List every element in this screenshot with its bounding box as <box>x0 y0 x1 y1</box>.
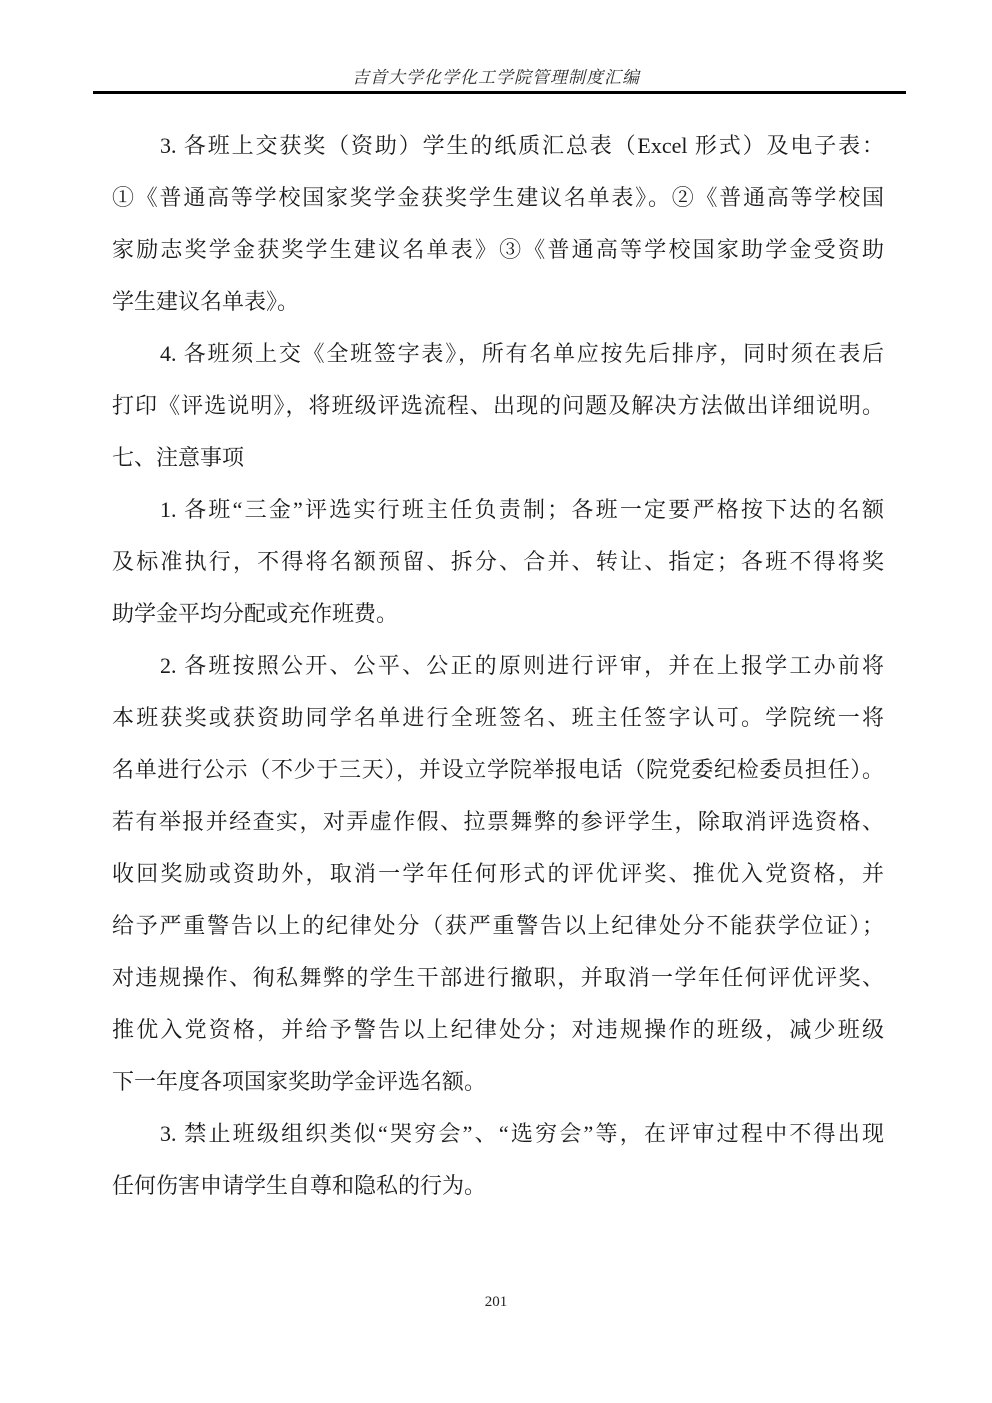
text-line: 打印《评选说明》，将班级评选流程、出现的问题及解决方法做出详细说明。 <box>112 380 884 432</box>
text-line: 助学金平均分配或充作班费。 <box>112 588 884 640</box>
text-line: 推优入党资格，并给予警告以上纪律处分；对违规操作的班级，减少班级 <box>112 1004 884 1056</box>
text-line: 3. 各班上交获奖（资助）学生的纸质汇总表（Excel 形式）及电子表： <box>112 120 884 172</box>
text-line: 家励志奖学金获奖学生建议名单表》③《普通高等学校国家助学金受资助 <box>112 224 884 276</box>
page-number: 201 <box>0 1294 992 1311</box>
text-line: 1. 各班“三金”评选实行班主任负责制；各班一定要严格按下达的名额 <box>112 484 884 536</box>
text-line: 名单进行公示（不少于三天），并设立学院举报电话（院党委纪检委员担任）。 <box>112 744 884 796</box>
text-line: 给予严重警告以上的纪律处分（获严重警告以上纪律处分不能获学位证）； <box>112 900 884 952</box>
text-line: 2. 各班按照公开、公平、公正的原则进行评审，并在上报学工办前将 <box>112 640 884 692</box>
document-page: 吉首大学化学化工学院管理制度汇编 3. 各班上交获奖（资助）学生的纸质汇总表（E… <box>0 0 992 1403</box>
text-line: 收回奖励或资助外，取消一学年任何形式的评优评奖、推优入党资格，并 <box>112 848 884 900</box>
text-line: 对违规操作、徇私舞弊的学生干部进行撤职，并取消一学年任何评优评奖、 <box>112 952 884 1004</box>
document-body: 3. 各班上交获奖（资助）学生的纸质汇总表（Excel 形式）及电子表：①《普通… <box>112 120 884 1212</box>
header-rule <box>93 91 906 94</box>
text-line: 下一年度各项国家奖助学金评选名额。 <box>112 1056 884 1108</box>
text-line: ①《普通高等学校国家奖学金获奖学生建议名单表》。②《普通高等学校国 <box>112 172 884 224</box>
text-line: 任何伤害申请学生自尊和隐私的行为。 <box>112 1160 884 1212</box>
text-line: 及标准执行，不得将名额预留、拆分、合并、转让、指定；各班不得将奖 <box>112 536 884 588</box>
text-line: 4. 各班须上交《全班签字表》，所有名单应按先后排序，同时须在表后 <box>112 328 884 380</box>
section-heading: 七、注意事项 <box>112 432 884 484</box>
text-line: 3. 禁止班级组织类似“哭穷会”、“选穷会”等，在评审过程中不得出现 <box>112 1108 884 1160</box>
text-line: 学生建议名单表》。 <box>112 276 884 328</box>
text-line: 若有举报并经查实，对弄虚作假、拉票舞弊的参评学生，除取消评选资格、 <box>112 796 884 848</box>
text-line: 本班获奖或获资助同学名单进行全班签名、班主任签字认可。学院统一将 <box>112 692 884 744</box>
header-title: 吉首大学化学化工学院管理制度汇编 <box>0 63 992 88</box>
